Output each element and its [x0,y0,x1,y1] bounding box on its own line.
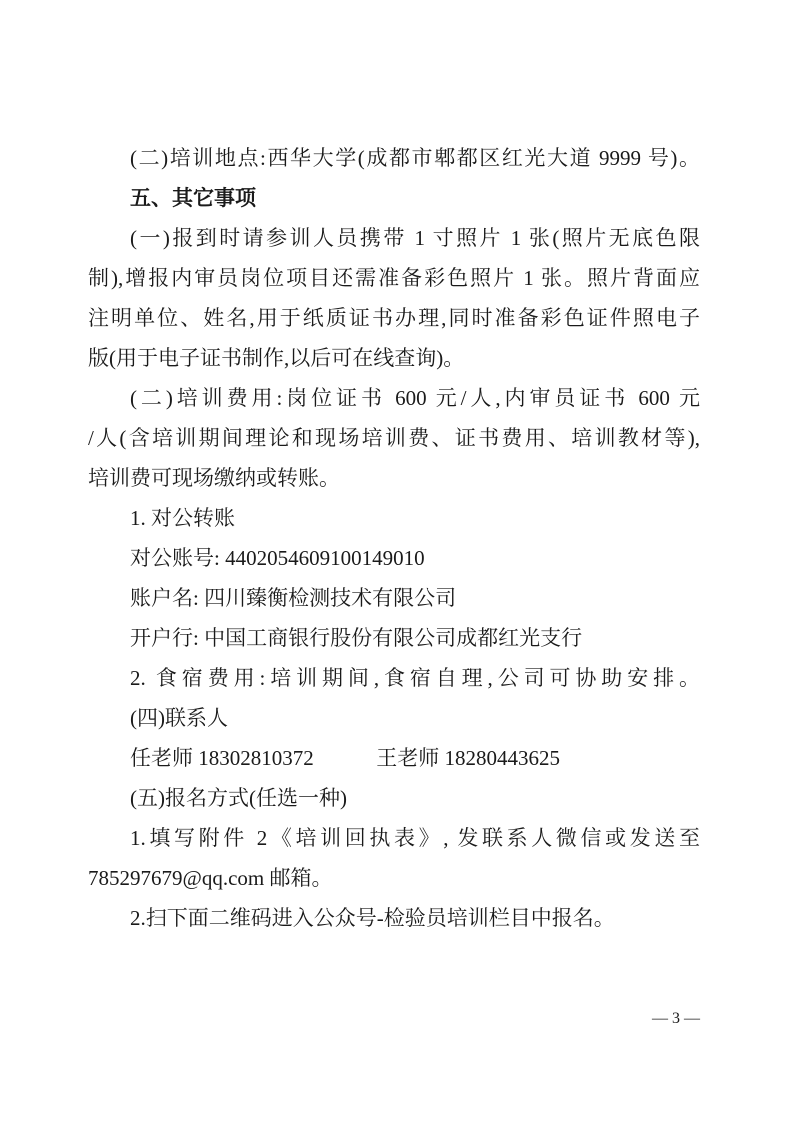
registration-method-2-line: 2.扫下面二维码进入公众号-检验员培训栏目中报名。 [88,898,700,938]
contacts-heading: (四)联系人 [88,698,700,738]
photo-requirement-line-4: 版(用于电子证书制作,以后可在线查询)。 [88,338,700,378]
photo-requirement-line-2: 制),增报内审员岗位项目还需准备彩色照片 1 张。照片背面应 [88,258,700,298]
contacts-line: 任老师 18302810372 王老师 18280443625 [88,738,700,778]
photo-requirement-line-3: 注明单位、姓名,用于纸质证书办理,同时准备彩色证件照电子 [88,298,700,338]
contact-1-phone: 18302810372 [198,746,314,770]
account-name-line: 账户名: 四川臻衡检测技术有限公司 [88,578,700,618]
training-fee-line-3: 培训费可现场缴纳或转账。 [88,458,700,498]
training-location-line: (二)培训地点:西华大学(成都市郫都区红光大道 9999 号)。 [88,138,700,178]
photo-requirement-line-1: (一)报到时请参训人员携带 1 寸照片 1 张(照片无底色限 [88,218,700,258]
registration-method-1-line-2: 785297679@qq.com 邮箱。 [88,858,700,898]
contact-2-phone: 18280443625 [445,746,561,770]
page-number-label: — 3 — [652,1010,700,1027]
contact-2-name: 王老师 [376,746,439,770]
document-page: (二)培训地点:西华大学(成都市郫都区红光大道 9999 号)。 五、其它事项 … [0,0,794,1123]
contact-1-name: 任老师 [130,746,193,770]
registration-method-1-line-1: 1.填写附件 2《培训回执表》, 发联系人微信或发送至 [88,818,700,858]
bank-branch-line: 开户行: 中国工商银行股份有限公司成都红光支行 [88,618,700,658]
training-fee-line-1: (二)培训费用:岗位证书 600 元/人,内审员证书 600 元 [88,378,700,418]
account-number-line: 对公账号: 4402054609100149010 [88,538,700,578]
page-number: — 3 — [0,1006,700,1032]
document-body: (二)培训地点:西华大学(成都市郫都区红光大道 9999 号)。 五、其它事项 … [88,138,700,938]
training-fee-line-2: /人(含培训期间理论和现场培训费、证书费用、培训教材等), [88,418,700,458]
section-heading-other-matters: 五、其它事项 [88,178,700,218]
registration-method-heading: (五)报名方式(任选一种) [88,778,700,818]
bank-transfer-heading: 1. 对公转账 [88,498,700,538]
meal-lodging-line: 2. 食宿费用:培训期间,食宿自理,公司可协助安排。 [88,658,700,698]
